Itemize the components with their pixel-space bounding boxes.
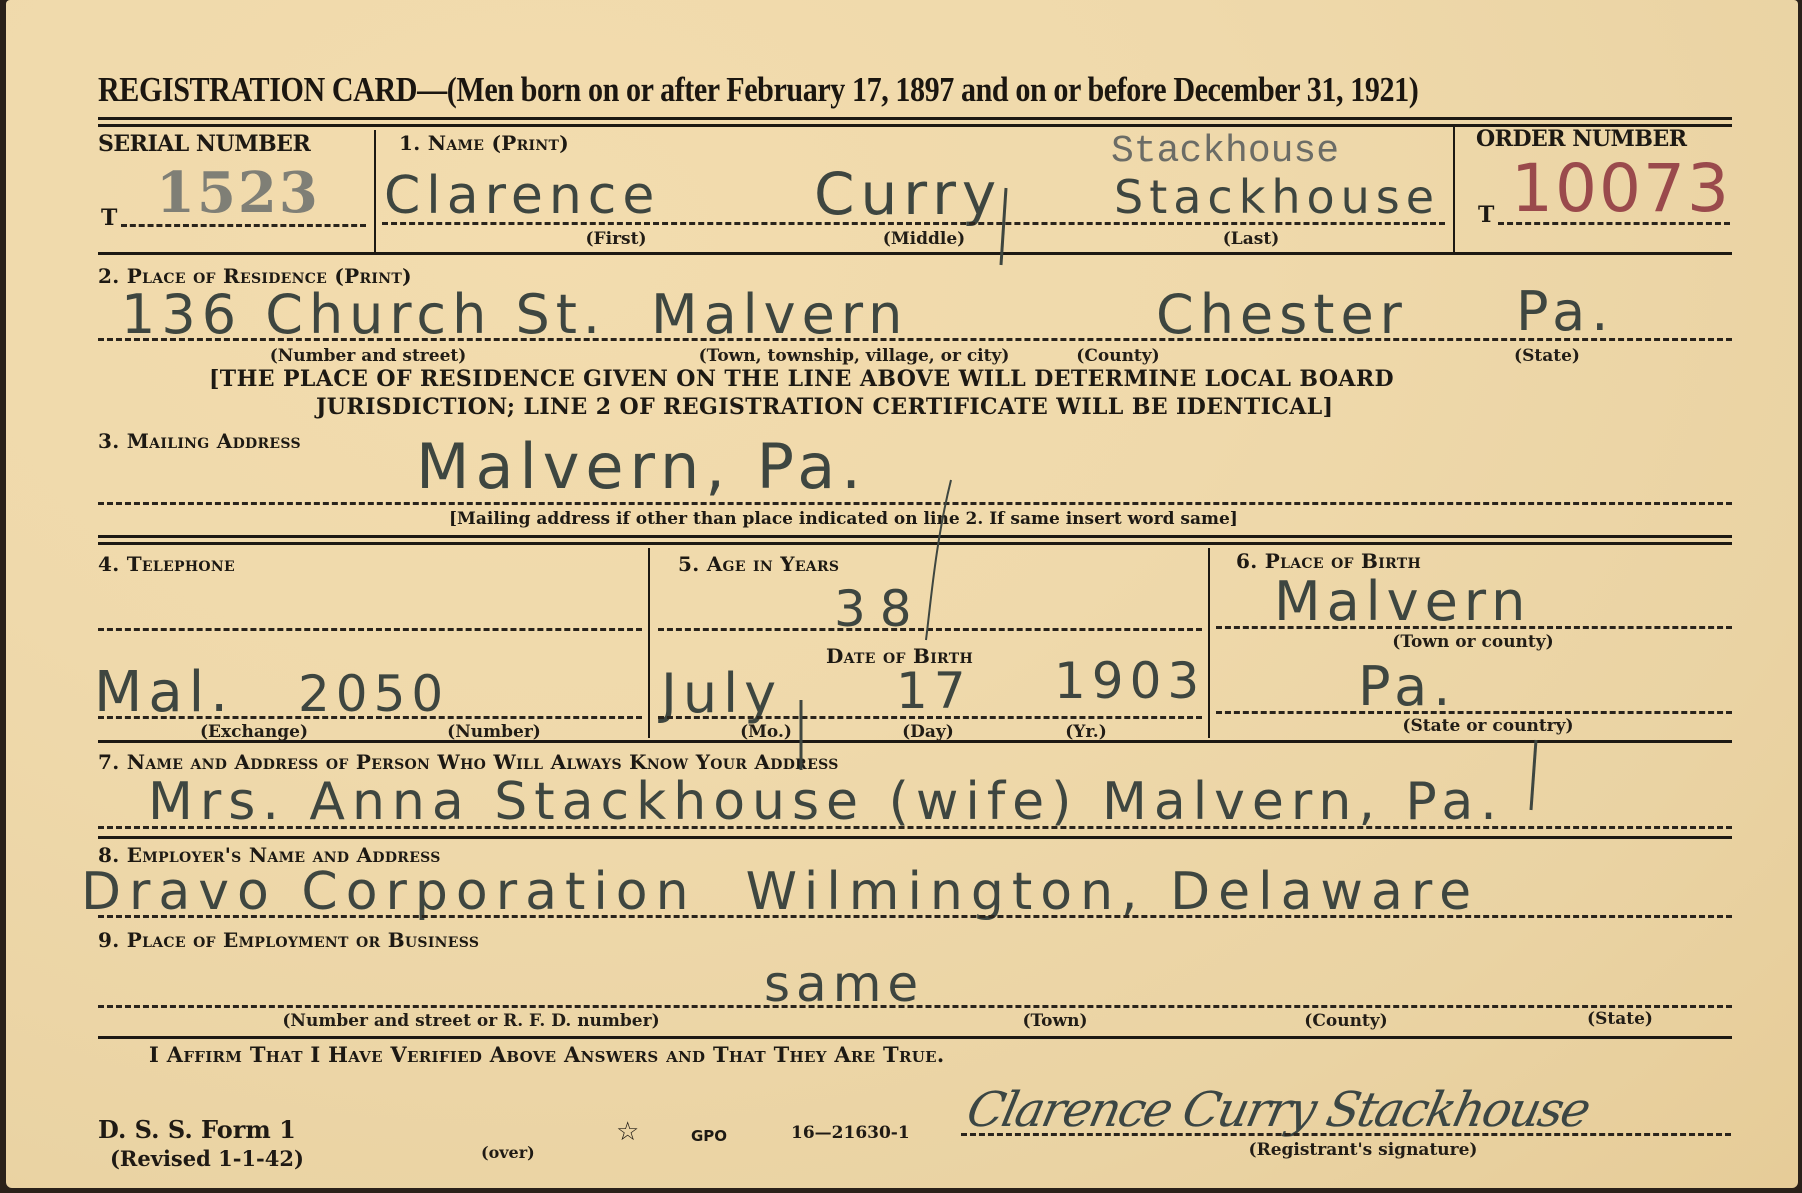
pen-strokes <box>6 0 1798 1188</box>
registration-card: REGISTRATION CARD—(Men born on or after … <box>6 0 1798 1188</box>
